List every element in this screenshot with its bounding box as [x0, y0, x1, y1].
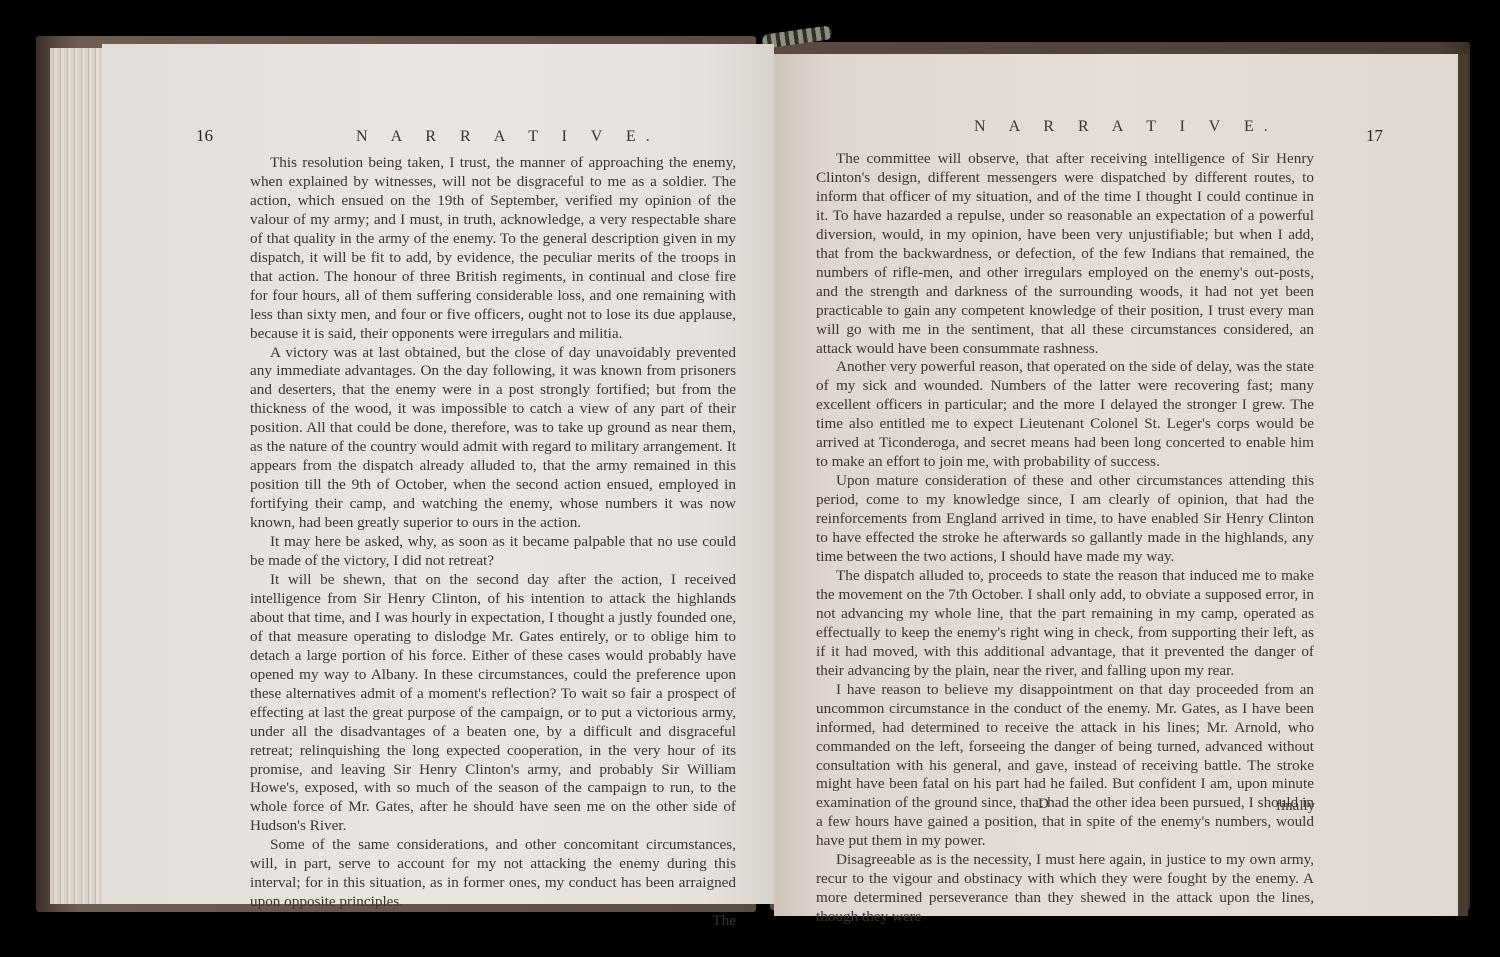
paragraph: Another very powerful reason, that opera…: [816, 358, 1314, 472]
paragraph: It will be shewn, that on the second day…: [250, 571, 736, 836]
paragraph: The dispatch alluded to, proceeds to sta…: [816, 567, 1314, 681]
catchword-right: finally: [1276, 798, 1315, 815]
paragraph: Some of the same considerations, and oth…: [250, 836, 736, 912]
left-page-body: This resolution being taken, I trust, th…: [250, 154, 736, 931]
catchword-left: The: [250, 912, 736, 931]
left-page: 16 N A R R A T I V E. This resolution be…: [102, 44, 774, 904]
right-page-body: The committee will observe, that after r…: [816, 150, 1314, 927]
paragraph: A victory was at last obtained, but the …: [250, 344, 736, 534]
paragraph: I have reason to believe my disappointme…: [816, 681, 1314, 852]
paragraph: This resolution being taken, I trust, th…: [250, 154, 736, 344]
paragraph: Upon mature consideration of these and o…: [816, 472, 1314, 567]
page-number-right: 17: [1366, 126, 1383, 146]
paragraph: Disagreeable as is the necessity, I must…: [816, 851, 1314, 927]
page-number-left: 16: [196, 126, 213, 146]
paragraph: It may here be asked, why, as soon as it…: [250, 533, 736, 571]
running-head-left: N A R R A T I V E.: [356, 128, 660, 146]
signature-mark: D: [1038, 796, 1049, 813]
paragraph: The committee will observe, that after r…: [816, 150, 1314, 358]
page-edges-stack: [50, 48, 110, 904]
running-head-right: N A R R A T I V E.: [974, 118, 1278, 136]
right-page: 17 N A R R A T I V E. The committee will…: [774, 54, 1458, 916]
